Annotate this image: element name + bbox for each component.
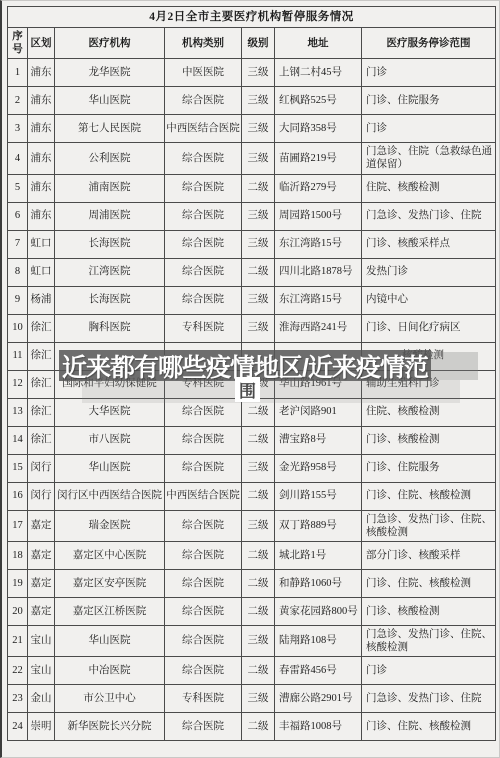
table-row: 16闵行闵行区中西医结合医院中西医结合医院二级剑川路155号门诊、住院、核酸检测 <box>8 482 496 510</box>
cell-district: 闵行 <box>28 482 55 510</box>
table-row: 20嘉定嘉定区江桥医院综合医院二级黄家花园路800号门诊、核酸检测 <box>8 597 496 625</box>
cell-suspended-services: 门诊 <box>362 59 496 87</box>
table-row: 11徐汇核酸检测 <box>8 342 496 370</box>
cell-index: 14 <box>8 426 28 454</box>
table-row: 12徐汇国际和平妇幼保健院专科医院三级华山路1961号辅助生殖科门诊 <box>8 370 496 398</box>
cell-district: 嘉定 <box>28 569 55 597</box>
cell-address: 陆翔路108号 <box>275 625 362 656</box>
cell-institution: 胸科医院 <box>55 314 165 342</box>
cell-index: 1 <box>8 59 28 87</box>
table-row: 24崇明新华医院长兴分院综合医院二级丰福路1008号门诊、住院、核酸检测 <box>8 713 496 741</box>
header-services: 医疗服务停诊范围 <box>362 28 496 59</box>
cell-institution: 华山医院 <box>55 625 165 656</box>
cell-level: 二级 <box>242 713 275 741</box>
table-row: 5浦东浦南医院综合医院二级临沂路279号住院、核酸检测 <box>8 174 496 202</box>
cell-level: 三级 <box>242 143 275 174</box>
cell-category: 综合医院 <box>165 230 242 258</box>
cell-index: 8 <box>8 258 28 286</box>
cell-index: 10 <box>8 314 28 342</box>
cell-institution: 周浦医院 <box>55 202 165 230</box>
cell-district: 浦东 <box>28 202 55 230</box>
cell-index: 24 <box>8 713 28 741</box>
cell-index: 19 <box>8 569 28 597</box>
cell-institution: 嘉定区安亭医院 <box>55 569 165 597</box>
table-row: 2浦东华山医院综合医院三级红枫路525号门诊、住院服务 <box>8 87 496 115</box>
document-page: 4月2日全市主要医疗机构暂停服务情况 序号 区划 医疗机构 机构类别 级别 地址… <box>0 0 500 758</box>
cell-index: 11 <box>8 342 28 370</box>
cell-address: 漕宝路8号 <box>275 426 362 454</box>
cell-index: 13 <box>8 398 28 426</box>
cell-institution: 大华医院 <box>55 398 165 426</box>
table-row: 9杨浦长海医院综合医院三级东江湾路15号内镜中心 <box>8 286 496 314</box>
cell-level: 二级 <box>242 482 275 510</box>
cell-district: 崇明 <box>28 713 55 741</box>
cell-suspended-services: 门诊、住院、核酸检测 <box>362 713 496 741</box>
table-row: 4浦东公利医院综合医院三级苗圃路219号门急诊、住院（急救绿色通道保留） <box>8 143 496 174</box>
cell-address: 金光路958号 <box>275 454 362 482</box>
cell-suspended-services: 门诊、核酸采样点 <box>362 230 496 258</box>
cell-category: 综合医院 <box>165 625 242 656</box>
table-row: 14徐汇市八医院综合医院二级漕宝路8号门诊、核酸检测 <box>8 426 496 454</box>
cell-category: 中西医结合医院 <box>165 115 242 143</box>
cell-district: 嘉定 <box>28 510 55 541</box>
cell-suspended-services: 门诊、住院、核酸检测 <box>362 569 496 597</box>
cell-suspended-services: 辅助生殖科门诊 <box>362 370 496 398</box>
cell-district: 徐汇 <box>28 426 55 454</box>
cell-level: 三级 <box>242 87 275 115</box>
cell-category: 综合医院 <box>165 657 242 685</box>
header-row: 序号 区划 医疗机构 机构类别 级别 地址 医疗服务停诊范围 <box>8 28 496 59</box>
cell-address: 城北路1号 <box>275 541 362 569</box>
cell-address: 大同路358号 <box>275 115 362 143</box>
table-row: 17嘉定瑞金医院综合医院三级双丁路889号门急诊、发热门诊、住院、核酸检测 <box>8 510 496 541</box>
header-level: 级别 <box>242 28 275 59</box>
cell-index: 12 <box>8 370 28 398</box>
cell-address: 华山路1961号 <box>275 370 362 398</box>
header-index: 序号 <box>8 28 28 59</box>
cell-district: 嘉定 <box>28 541 55 569</box>
cell-suspended-services: 门诊 <box>362 657 496 685</box>
cell-suspended-services: 门急诊、住院（急救绿色通道保留） <box>362 143 496 174</box>
cell-category: 中医医院 <box>165 59 242 87</box>
cell-category: 专科医院 <box>165 314 242 342</box>
cell-district: 浦东 <box>28 143 55 174</box>
table-row: 1浦东龙华医院中医医院三级上钢二村45号门诊 <box>8 59 496 87</box>
cell-level: 三级 <box>242 314 275 342</box>
cell-suspended-services: 门诊、住院服务 <box>362 454 496 482</box>
table-row: 8虹口江湾医院综合医院二级四川北路1878号发热门诊 <box>8 258 496 286</box>
cell-suspended-services: 住院、核酸检测 <box>362 174 496 202</box>
cell-address: 和静路1060号 <box>275 569 362 597</box>
table-row: 13徐汇大华医院综合医院二级老沪闵路901住院、核酸检测 <box>8 398 496 426</box>
cell-index: 6 <box>8 202 28 230</box>
cell-district: 徐汇 <box>28 342 55 370</box>
cell-index: 2 <box>8 87 28 115</box>
cell-address: 上钢二村45号 <box>275 59 362 87</box>
table-row: 22宝山中冶医院综合医院二级春雷路456号门诊 <box>8 657 496 685</box>
cell-institution: 瑞金医院 <box>55 510 165 541</box>
cell-institution: 市公卫中心 <box>55 685 165 713</box>
cell-institution: 市八医院 <box>55 426 165 454</box>
cell-category: 综合医院 <box>165 87 242 115</box>
cell-district: 浦东 <box>28 59 55 87</box>
cell-category: 综合医院 <box>165 541 242 569</box>
cell-suspended-services: 门急诊、发热门诊、住院、核酸检测 <box>362 625 496 656</box>
cell-category: 综合医院 <box>165 174 242 202</box>
table-row: 6浦东周浦医院综合医院三级周园路1500号门急诊、发热门诊、住院 <box>8 202 496 230</box>
cell-address: 黄家花园路800号 <box>275 597 362 625</box>
cell-institution: 长海医院 <box>55 230 165 258</box>
cell-category: 综合医院 <box>165 286 242 314</box>
cell-institution: 闵行区中西医结合医院 <box>55 482 165 510</box>
cell-category: 专科医院 <box>165 370 242 398</box>
cell-institution <box>55 342 165 370</box>
cell-category: 综合医院 <box>165 510 242 541</box>
cell-suspended-services: 内镜中心 <box>362 286 496 314</box>
cell-level: 三级 <box>242 625 275 656</box>
cell-address: 春雷路456号 <box>275 657 362 685</box>
cell-suspended-services: 门诊 <box>362 115 496 143</box>
cell-suspended-services: 门诊、核酸检测 <box>362 597 496 625</box>
cell-district: 浦东 <box>28 87 55 115</box>
table-row: 23金山市公卫中心专科医院三级漕廊公路2901号门急诊、发热门诊、住院 <box>8 685 496 713</box>
cell-index: 21 <box>8 625 28 656</box>
cell-address: 漕廊公路2901号 <box>275 685 362 713</box>
cell-address: 淮海西路241号 <box>275 314 362 342</box>
cell-institution: 嘉定区中心医院 <box>55 541 165 569</box>
table-row: 18嘉定嘉定区中心医院综合医院二级城北路1号部分门诊、核酸采样 <box>8 541 496 569</box>
cell-address <box>275 342 362 370</box>
cell-address: 双丁路889号 <box>275 510 362 541</box>
cell-institution: 华山医院 <box>55 454 165 482</box>
table-title: 4月2日全市主要医疗机构暂停服务情况 <box>8 7 496 28</box>
suspension-table: 4月2日全市主要医疗机构暂停服务情况 序号 区划 医疗机构 机构类别 级别 地址… <box>7 6 496 741</box>
cell-category <box>165 342 242 370</box>
table-row: 10徐汇胸科医院专科医院三级淮海西路241号门诊、日间化疗病区 <box>8 314 496 342</box>
cell-institution: 国际和平妇幼保健院 <box>55 370 165 398</box>
cell-institution: 嘉定区江桥医院 <box>55 597 165 625</box>
cell-district: 虹口 <box>28 230 55 258</box>
cell-address: 老沪闵路901 <box>275 398 362 426</box>
cell-district: 嘉定 <box>28 597 55 625</box>
table-row: 7虹口长海医院综合医院三级东江湾路15号门诊、核酸采样点 <box>8 230 496 258</box>
cell-institution: 龙华医院 <box>55 59 165 87</box>
cell-index: 20 <box>8 597 28 625</box>
cell-index: 18 <box>8 541 28 569</box>
cell-level: 二级 <box>242 597 275 625</box>
cell-suspended-services: 门急诊、发热门诊、住院 <box>362 202 496 230</box>
cell-address: 苗圃路219号 <box>275 143 362 174</box>
cell-suspended-services: 部分门诊、核酸采样 <box>362 541 496 569</box>
cell-district: 金山 <box>28 685 55 713</box>
cell-suspended-services: 门急诊、发热门诊、住院 <box>362 685 496 713</box>
cell-district: 徐汇 <box>28 398 55 426</box>
cell-suspended-services: 住院、核酸检测 <box>362 398 496 426</box>
title-row: 4月2日全市主要医疗机构暂停服务情况 <box>8 7 496 28</box>
cell-level: 二级 <box>242 174 275 202</box>
cell-district: 徐汇 <box>28 314 55 342</box>
cell-category: 综合医院 <box>165 597 242 625</box>
cell-level: 二级 <box>242 426 275 454</box>
cell-suspended-services: 门诊、核酸检测 <box>362 426 496 454</box>
cell-suspended-services: 门诊、住院、核酸检测 <box>362 482 496 510</box>
cell-address: 丰福路1008号 <box>275 713 362 741</box>
cell-level: 二级 <box>242 398 275 426</box>
cell-address: 四川北路1878号 <box>275 258 362 286</box>
cell-category: 综合医院 <box>165 713 242 741</box>
cell-institution: 中冶医院 <box>55 657 165 685</box>
cell-level <box>242 342 275 370</box>
cell-index: 15 <box>8 454 28 482</box>
table-row: 15闵行华山医院综合医院三级金光路958号门诊、住院服务 <box>8 454 496 482</box>
cell-address: 临沂路279号 <box>275 174 362 202</box>
cell-level: 三级 <box>242 59 275 87</box>
table-body: 1浦东龙华医院中医医院三级上钢二村45号门诊2浦东华山医院综合医院三级红枫路52… <box>8 59 496 741</box>
header-institution: 医疗机构 <box>55 28 165 59</box>
cell-index: 23 <box>8 685 28 713</box>
cell-category: 综合医院 <box>165 258 242 286</box>
cell-district: 徐汇 <box>28 370 55 398</box>
cell-level: 二级 <box>242 569 275 597</box>
cell-index: 17 <box>8 510 28 541</box>
header-district: 区划 <box>28 28 55 59</box>
cell-institution: 长海医院 <box>55 286 165 314</box>
cell-index: 3 <box>8 115 28 143</box>
cell-level: 三级 <box>242 510 275 541</box>
cell-institution: 浦南医院 <box>55 174 165 202</box>
cell-suspended-services: 发热门诊 <box>362 258 496 286</box>
cell-index: 9 <box>8 286 28 314</box>
cell-level: 三级 <box>242 115 275 143</box>
cell-suspended-services: 门诊、住院服务 <box>362 87 496 115</box>
cell-category: 综合医院 <box>165 202 242 230</box>
cell-district: 杨浦 <box>28 286 55 314</box>
cell-category: 综合医院 <box>165 398 242 426</box>
cell-suspended-services: 门急诊、发热门诊、住院、核酸检测 <box>362 510 496 541</box>
cell-index: 16 <box>8 482 28 510</box>
cell-category: 综合医院 <box>165 426 242 454</box>
cell-category: 中西医结合医院 <box>165 482 242 510</box>
cell-index: 7 <box>8 230 28 258</box>
cell-institution: 江湾医院 <box>55 258 165 286</box>
cell-index: 22 <box>8 657 28 685</box>
cell-level: 三级 <box>242 230 275 258</box>
header-address: 地址 <box>275 28 362 59</box>
cell-suspended-services: 核酸检测 <box>362 342 496 370</box>
cell-index: 4 <box>8 143 28 174</box>
table-row: 21宝山华山医院综合医院三级陆翔路108号门急诊、发热门诊、住院、核酸检测 <box>8 625 496 656</box>
cell-district: 宝山 <box>28 625 55 656</box>
table-row: 19嘉定嘉定区安亭医院综合医院二级和静路1060号门诊、住院、核酸检测 <box>8 569 496 597</box>
cell-category: 综合医院 <box>165 569 242 597</box>
cell-address: 东江湾路15号 <box>275 230 362 258</box>
cell-institution: 新华医院长兴分院 <box>55 713 165 741</box>
table-row: 3浦东第七人民医院中西医结合医院三级大同路358号门诊 <box>8 115 496 143</box>
cell-address: 东江湾路15号 <box>275 286 362 314</box>
cell-category: 综合医院 <box>165 454 242 482</box>
cell-institution: 华山医院 <box>55 87 165 115</box>
cell-level: 二级 <box>242 258 275 286</box>
cell-level: 三级 <box>242 370 275 398</box>
cell-district: 闵行 <box>28 454 55 482</box>
cell-district: 浦东 <box>28 174 55 202</box>
cell-level: 二级 <box>242 541 275 569</box>
cell-address: 剑川路155号 <box>275 482 362 510</box>
cell-address: 周园路1500号 <box>275 202 362 230</box>
cell-district: 虹口 <box>28 258 55 286</box>
cell-index: 5 <box>8 174 28 202</box>
cell-district: 宝山 <box>28 657 55 685</box>
cell-institution: 公利医院 <box>55 143 165 174</box>
cell-level: 三级 <box>242 202 275 230</box>
cell-address: 红枫路525号 <box>275 87 362 115</box>
header-category: 机构类别 <box>165 28 242 59</box>
cell-suspended-services: 门诊、日间化疗病区 <box>362 314 496 342</box>
cell-level: 二级 <box>242 657 275 685</box>
cell-level: 三级 <box>242 685 275 713</box>
cell-level: 三级 <box>242 286 275 314</box>
cell-level: 三级 <box>242 454 275 482</box>
cell-district: 浦东 <box>28 115 55 143</box>
cell-institution: 第七人民医院 <box>55 115 165 143</box>
cell-category: 综合医院 <box>165 143 242 174</box>
cell-category: 专科医院 <box>165 685 242 713</box>
